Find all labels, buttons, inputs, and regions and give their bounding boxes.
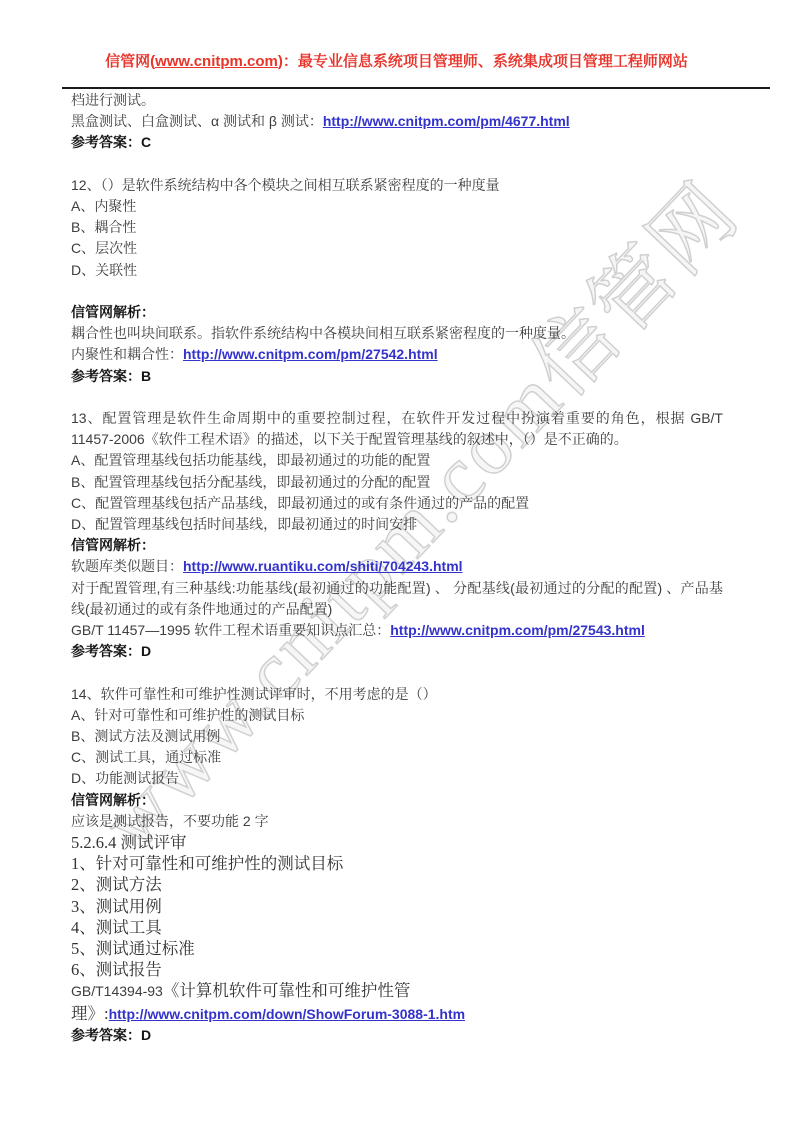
- q12-question-text: 12、（）是软件系统结构中各个模块之间相互联系紧密程度的一种度量: [71, 175, 723, 196]
- q12-analysis-label: 信管网解析：: [71, 302, 723, 323]
- q14-option-a: A、针对可靠性和可维护性的测试目标: [71, 705, 723, 726]
- spacer: [71, 281, 723, 302]
- q13-option-b: B、配置管理基线包括分配基线，即最初通过的分配的配置: [71, 472, 723, 493]
- q14-option-b: B、测试方法及测试用例: [71, 726, 723, 747]
- site-header-url-link[interactable]: www.cnitpm.com: [155, 53, 278, 70]
- document-body: 档进行测试。 黑盒测试、白盒测试、α 测试和 β 测试：http://www.c…: [71, 90, 723, 1046]
- q14-ref-code: GB/T14394-93: [71, 983, 163, 999]
- q13-link1-prefix: 软题库类似题目：: [71, 558, 183, 574]
- q11-reference-link[interactable]: http://www.cnitpm.com/pm/4677.html: [323, 113, 570, 129]
- q13-reference-link[interactable]: http://www.cnitpm.com/pm/27543.html: [390, 622, 645, 638]
- header-divider: [62, 87, 770, 89]
- q13-option-c: C、配置管理基线包括产品基线，即最初通过的或有条件通过的产品的配置: [71, 493, 723, 514]
- spacer: [71, 662, 723, 683]
- q14-reference-line: GB/T14394-93《计算机软件可靠性和可维护性管理》:http://www…: [71, 980, 723, 1024]
- document-page: www.cnitpm.com信管网 信管网(www.cnitpm.com)：最专…: [0, 0, 793, 1122]
- q12-option-b: B、耦合性: [71, 217, 723, 238]
- q13-question-text: 13、配置管理是软件生命周期中的重要控制过程，在软件开发过程中扮演着重要的角色，…: [71, 408, 723, 450]
- q14-review-item-2: 2、测试方法: [71, 874, 723, 895]
- q12-option-d: D、关联性: [71, 260, 723, 281]
- q12-option-a: A、内聚性: [71, 196, 723, 217]
- q12-link-prefix: 内聚性和耦合性：: [71, 346, 183, 362]
- q14-option-c: C、测试工具，通过标准: [71, 747, 723, 768]
- q14-answer-line: 参考答案：D: [71, 1025, 723, 1046]
- q13-analysis-text: 对于配置管理,有三种基线:功能基线(最初通过的功能配置) 、 分配基线(最初通过…: [71, 578, 723, 620]
- q12-analysis-text: 耦合性也叫块间联系。指软件系统结构中各模块间相互联系紧密程度的一种度量。: [71, 323, 723, 344]
- q13-answer-line: 参考答案：D: [71, 641, 723, 662]
- q13-reference-line: GB/T 11457—1995 软件工程术语重要知识点汇总：http://www…: [71, 620, 723, 641]
- q14-review-item-3: 3、测试用例: [71, 896, 723, 917]
- q13-similar-question-line: 软题库类似题目：http://www.ruantiku.com/shiti/70…: [71, 556, 723, 577]
- q11-tail-text: 档进行测试。: [71, 90, 723, 111]
- q13-analysis-label: 信管网解析：: [71, 535, 723, 556]
- q12-option-c: C、层次性: [71, 238, 723, 259]
- spacer: [71, 154, 723, 175]
- q14-review-item-5: 5、测试通过标准: [71, 938, 723, 959]
- q11-link-prefix: 黑盒测试、白盒测试、α 测试和 β 测试：: [71, 113, 323, 129]
- site-header-prefix: 信管网(: [105, 53, 155, 70]
- q11-answer-line: 参考答案：C: [71, 132, 723, 153]
- q13-similar-question-link[interactable]: http://www.ruantiku.com/shiti/704243.htm…: [183, 558, 463, 574]
- q14-analysis-text: 应该是测试报告，不要功能 2 字: [71, 811, 723, 832]
- q14-review-item-6: 6、测试报告: [71, 959, 723, 980]
- q14-option-d: D、功能测试报告: [71, 768, 723, 789]
- q14-review-item-1: 1、针对可靠性和可维护性的测试目标: [71, 853, 723, 874]
- q13-option-d: D、配置管理基线包括时间基线，即最初通过的时间安排: [71, 514, 723, 535]
- q14-reference-link[interactable]: http://www.cnitpm.com/down/ShowForum-308…: [109, 1006, 466, 1022]
- q14-review-heading: 5.2.6.4 测试评审: [71, 832, 723, 853]
- q12-reference-link[interactable]: http://www.cnitpm.com/pm/27542.html: [183, 346, 438, 362]
- q14-review-item-4: 4、测试工具: [71, 917, 723, 938]
- q11-reference-line: 黑盒测试、白盒测试、α 测试和 β 测试：http://www.cnitpm.c…: [71, 111, 723, 132]
- q13-link2-prefix: GB/T 11457—1995 软件工程术语重要知识点汇总：: [71, 622, 390, 638]
- site-header-suffix: )：最专业信息系统项目管理师、系统集成项目管理工程师网站: [278, 53, 688, 70]
- q12-reference-line: 内聚性和耦合性：http://www.cnitpm.com/pm/27542.h…: [71, 344, 723, 365]
- site-header: 信管网(www.cnitpm.com)：最专业信息系统项目管理师、系统集成项目管…: [0, 52, 793, 72]
- q14-analysis-label: 信管网解析：: [71, 790, 723, 811]
- q12-answer-line: 参考答案：B: [71, 366, 723, 387]
- spacer: [71, 387, 723, 408]
- q13-option-a: A、配置管理基线包括功能基线，即最初通过的功能的配置: [71, 450, 723, 471]
- q14-question-text: 14、软件可靠性和可维护性测试评审时，不用考虑的是（）: [71, 684, 723, 705]
